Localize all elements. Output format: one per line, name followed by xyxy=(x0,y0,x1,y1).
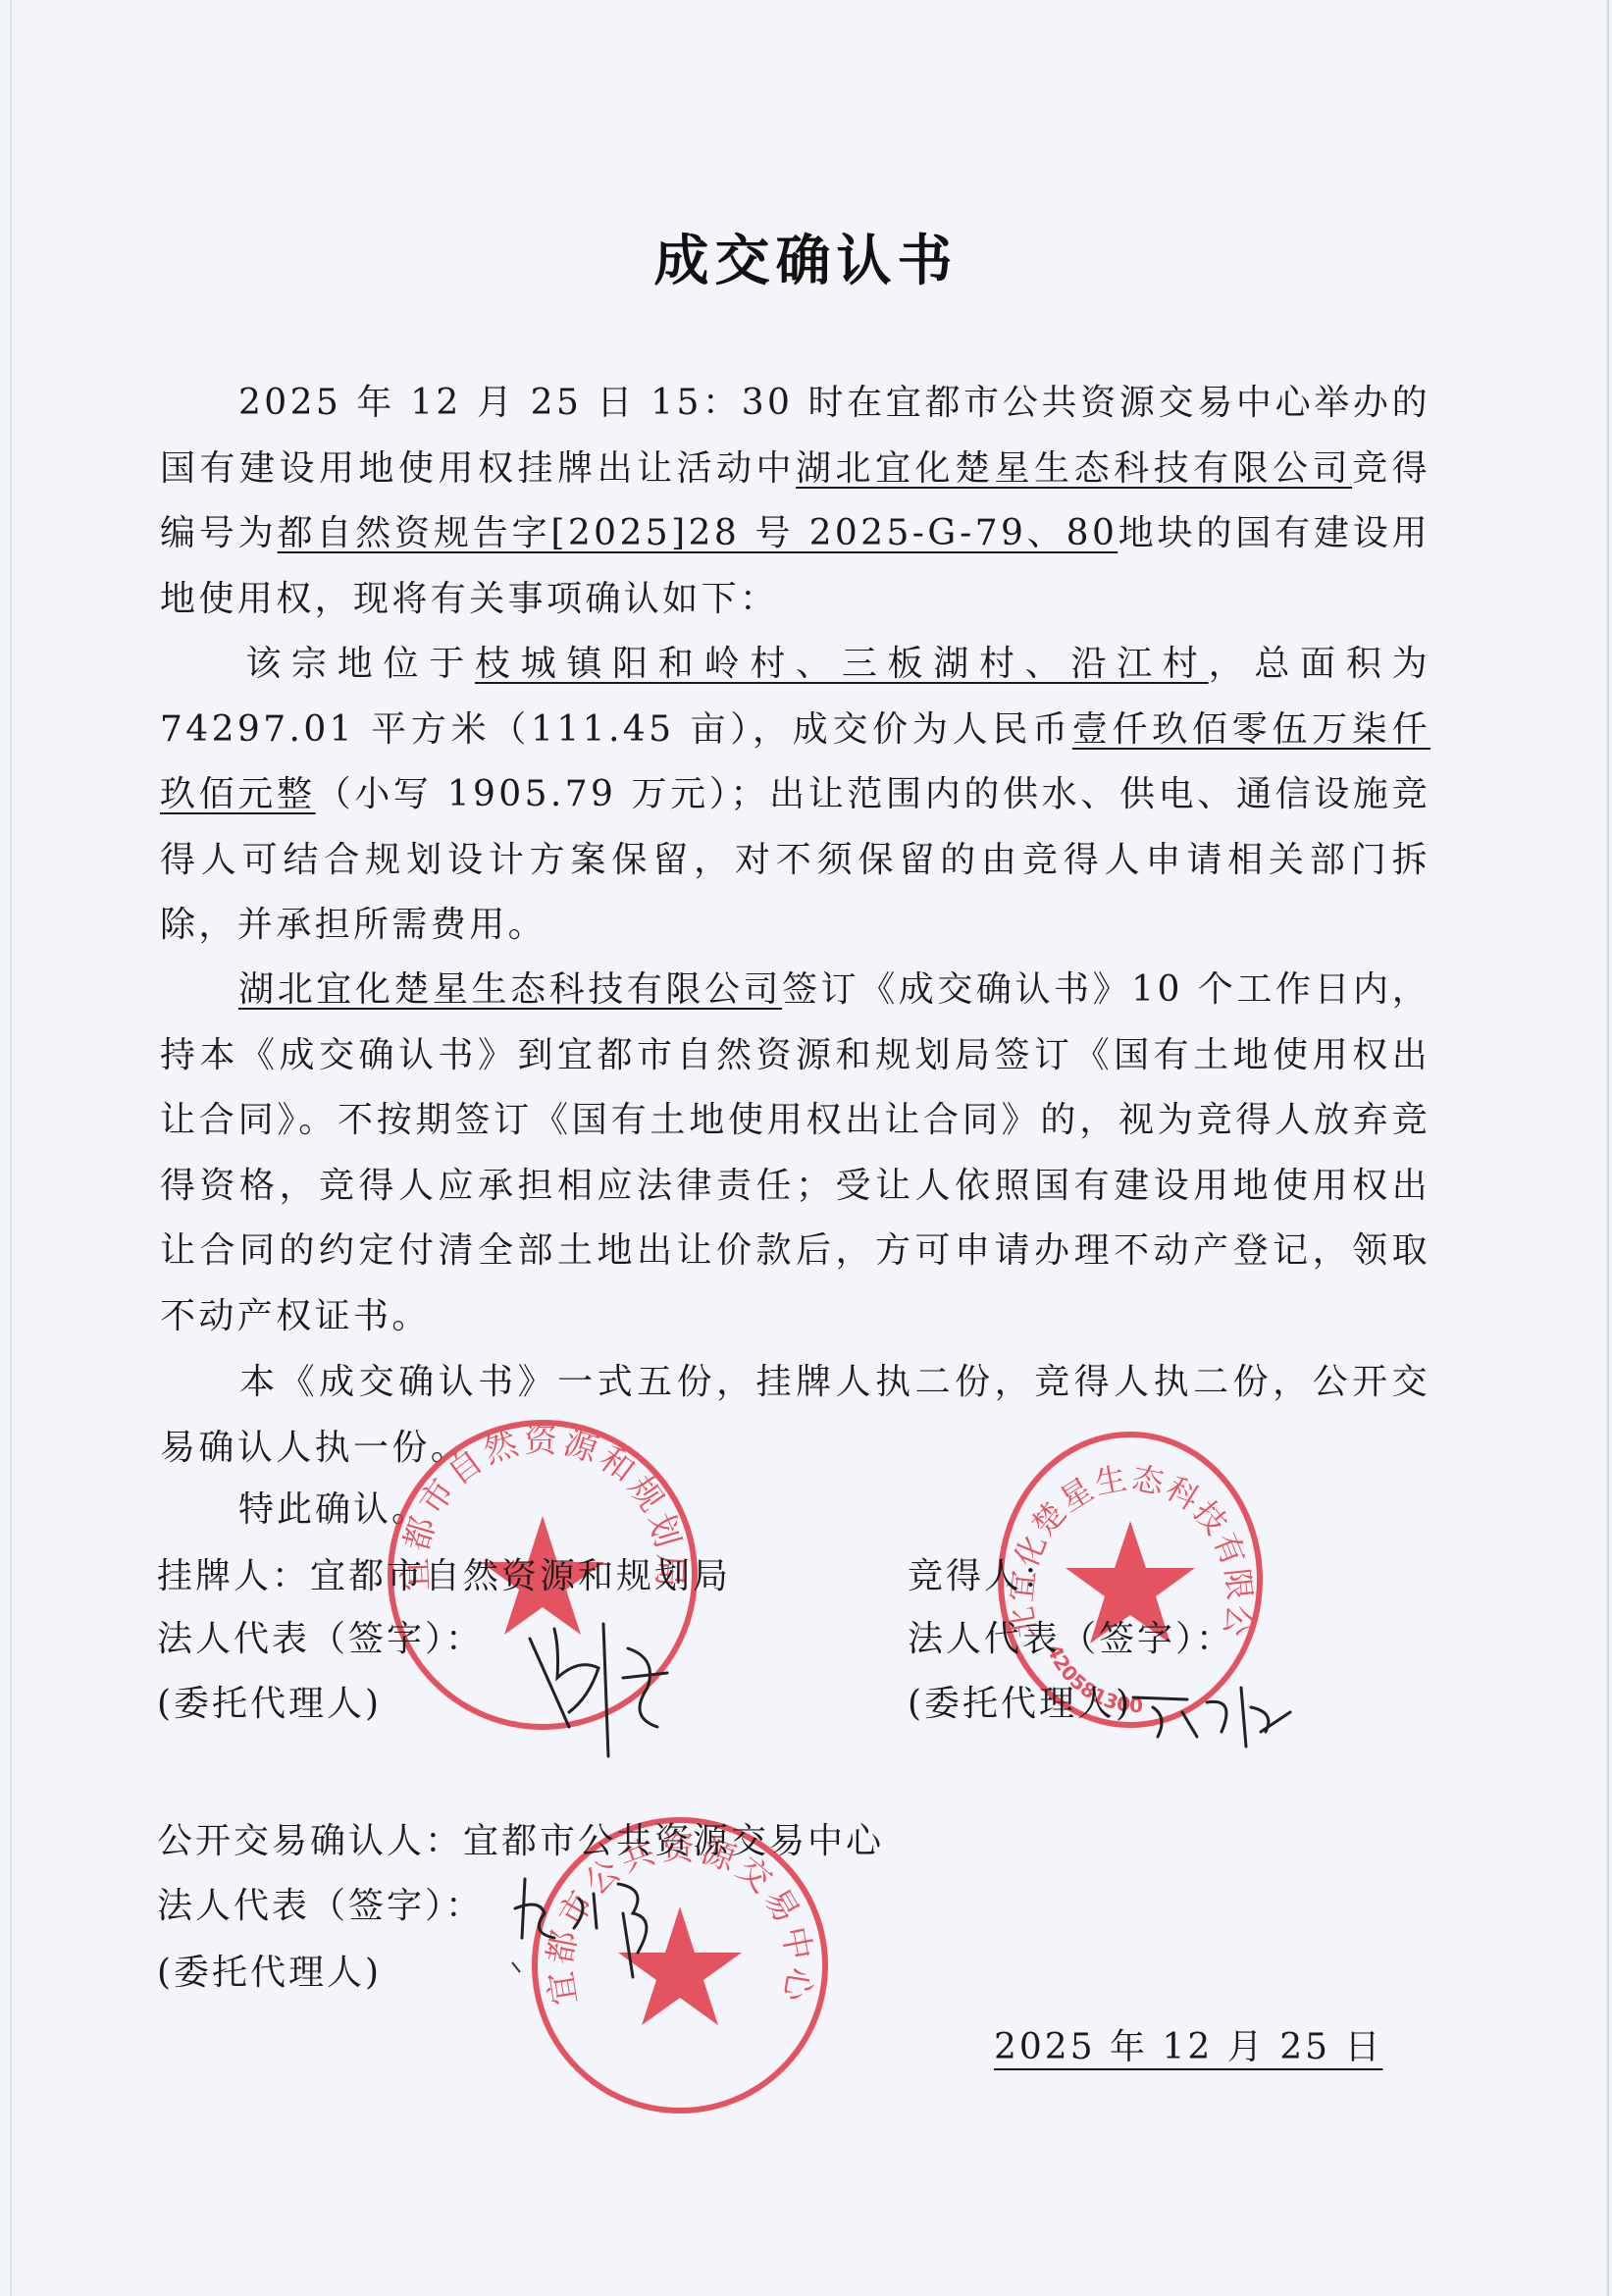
bidder-rep-label: 法人代表（签字）： xyxy=(908,1611,1234,1661)
winner-name-2: 湖北宜化楚星生态科技有限公司 xyxy=(238,969,782,1010)
paragraph-auction-intro: 2025 年 12 月 25 日 15：30 时在宜都市公共资源交易中心举办的国… xyxy=(160,371,1430,632)
parcel-lead: 该宗地位于 xyxy=(238,644,475,684)
contract-text: 签订《成交确认书》10 个工作日内，持本《成交确认书》到宜都市自然资源和规划局签… xyxy=(160,969,1430,1336)
lister-rep-label: 法人代表（签字）： xyxy=(157,1611,484,1661)
winner-name: 湖北宜化楚星生态科技有限公司 xyxy=(796,448,1352,489)
document-title: 成交确认书 xyxy=(0,218,1612,296)
scan-edge-right xyxy=(1607,0,1609,2296)
lister-signature-icon xyxy=(510,1609,687,1766)
paragraph-parcel-details: 该宗地位于枝城镇阳和岭村、三板湖村、沿江村，总面积为 74297.01 平方米（… xyxy=(160,632,1430,959)
confirm-statement: 特此确认。 xyxy=(238,1482,430,1532)
confirmer-label: 公开交易确认人：宜都市公共资源交易中心 xyxy=(157,1813,884,1863)
parcel-number: 都自然资规告字[2025]28 号 2025-G-79、80 xyxy=(278,513,1118,553)
lister-agent-label: (委托代理人) xyxy=(157,1676,382,1726)
paragraph-copies: 本《成交确认书》一式五份，挂牌人执二份，竞得人执二份，公开交易确认人执一份。 xyxy=(160,1350,1430,1481)
bidder-signature-icon xyxy=(1128,1678,1295,1756)
scan-edge-left xyxy=(10,0,12,2296)
confirmer-agent-label: (委托代理人) xyxy=(157,1945,382,1995)
signing-date-text: 2025 年 12 月 25 日 xyxy=(994,2027,1406,2067)
confirmer-rep-label: 法人代表（签字）： xyxy=(157,1878,484,1928)
bidder-agent-label: (委托代理人) xyxy=(908,1676,1132,1726)
parcel-location: 枝城镇阳和岭村、三板湖村、沿江村 xyxy=(475,644,1209,684)
paragraph-contract-terms: 湖北宜化楚星生态科技有限公司签订《成交确认书》10 个工作日内，持本《成交确认书… xyxy=(160,958,1430,1349)
parcel-tail: （小写 1905.79 万元）；出让范围内的供水、供电、通信设施竞得人可结合规划… xyxy=(160,774,1430,945)
signing-date: 2025 年 12 月 25 日 xyxy=(994,2019,1406,2069)
bidder-label: 竞得人： xyxy=(908,1548,1061,1598)
lister-label: 挂牌人：宜都市自然资源和规划局 xyxy=(157,1548,731,1598)
confirmer-signature-icon xyxy=(510,1869,677,1987)
copies-text: 本《成交确认书》一式五份，挂牌人执二份，竞得人执二份，公开交易确认人执一份。 xyxy=(160,1362,1430,1468)
